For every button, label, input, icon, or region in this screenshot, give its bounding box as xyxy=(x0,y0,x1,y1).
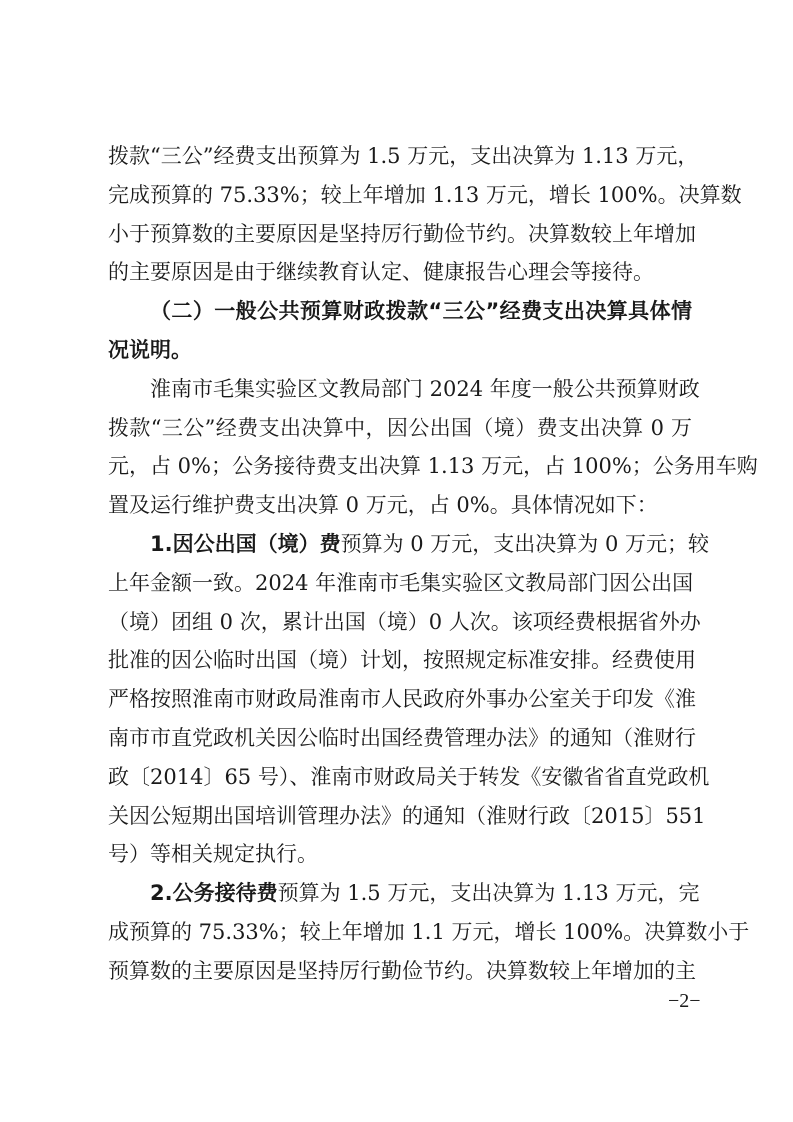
text-line: 置及运行维护费支出决算 0 万元，占 0%。具体情况如下： xyxy=(108,486,692,525)
paragraph-three-public-total: 拨款“三公”经费支出预算为 1.5 万元，支出决算为 1.13 万元， 完成预算… xyxy=(108,137,692,292)
text-line: 2.公务接待费预算为 1.5 万元，支出决算为 1.13 万元，完 xyxy=(108,874,692,913)
heading-line: （二）一般公共预算财政拨款“三公”经费支出决算具体情 xyxy=(108,292,692,331)
text-line: 的主要原因是由于继续教育认定、健康报告心理会等接待。 xyxy=(108,253,692,292)
page-number: −2− xyxy=(668,990,701,1013)
text-line: 号）等相关规定执行。 xyxy=(108,835,692,874)
text-line: 关因公短期出国培训管理办法》的通知（淮财行政〔2015〕551 xyxy=(108,797,692,836)
paragraph-overseas-travel: 1.因公出国（境）费预算为 0 万元，支出决算为 0 万元；较 上年金额一致。2… xyxy=(108,525,692,874)
text-line: 小于预算数的主要原因是坚持厉行勤俭节约。决算数较上年增加 xyxy=(108,215,692,254)
item-title: 1.因公出国（境）费 xyxy=(150,532,341,556)
paragraph-official-reception: 2.公务接待费预算为 1.5 万元，支出决算为 1.13 万元，完 成预算的 7… xyxy=(108,874,692,990)
text-line: 严格按照淮南市财政局淮南市人民政府外事办公室关于印发《淮 xyxy=(108,680,692,719)
item-text: 预算为 1.5 万元，支出决算为 1.13 万元，完 xyxy=(278,881,700,905)
paragraph-summary: 淮南市毛集实验区文教局部门 2024 年度一般公共预算财政 拨款“三公”经费支出… xyxy=(108,370,692,525)
text-line: 政〔2014〕65 号）、淮南市财政局关于转发《安徽省省直党政机 xyxy=(108,758,692,797)
text-line: 批准的因公临时出国（境）计划，按照规定标准安排。经费使用 xyxy=(108,641,692,680)
section-heading: （二）一般公共预算财政拨款“三公”经费支出决算具体情 况说明。 xyxy=(108,292,692,370)
text-line: 拨款“三公”经费支出预算为 1.5 万元，支出决算为 1.13 万元， xyxy=(108,137,692,176)
text-line: 南市市直党政机关因公临时出国经费管理办法》的通知（淮财行 xyxy=(108,719,692,758)
text-line: 预算数的主要原因是坚持厉行勤俭节约。决算数较上年增加的主 xyxy=(108,952,692,991)
text-line: 1.因公出国（境）费预算为 0 万元，支出决算为 0 万元；较 xyxy=(108,525,692,564)
text-line: 拨款“三公”经费支出决算中，因公出国（境）费支出决算 0 万 xyxy=(108,409,692,448)
heading-line: 况说明。 xyxy=(108,331,692,370)
text-line: 元，占 0%；公务接待费支出决算 1.13 万元，占 100%；公务用车购 xyxy=(108,447,692,486)
item-text: 预算为 0 万元，支出决算为 0 万元；较 xyxy=(341,532,709,556)
text-line: （境）团组 0 次，累计出国（境）0 人次。该项经费根据省外办 xyxy=(108,603,692,642)
text-line: 成预算的 75.33%；较上年增加 1.1 万元，增长 100%。决算数小于 xyxy=(108,913,692,952)
text-line: 完成预算的 75.33%；较上年增加 1.13 万元，增长 100%。决算数 xyxy=(108,176,692,215)
item-title: 2.公务接待费 xyxy=(150,881,278,905)
document-page: 拨款“三公”经费支出预算为 1.5 万元，支出决算为 1.13 万元， 完成预算… xyxy=(108,137,692,991)
text-line: 上年金额一致。2024 年淮南市毛集实验区文教局部门因公出国 xyxy=(108,564,692,603)
text-line: 淮南市毛集实验区文教局部门 2024 年度一般公共预算财政 xyxy=(108,370,692,409)
